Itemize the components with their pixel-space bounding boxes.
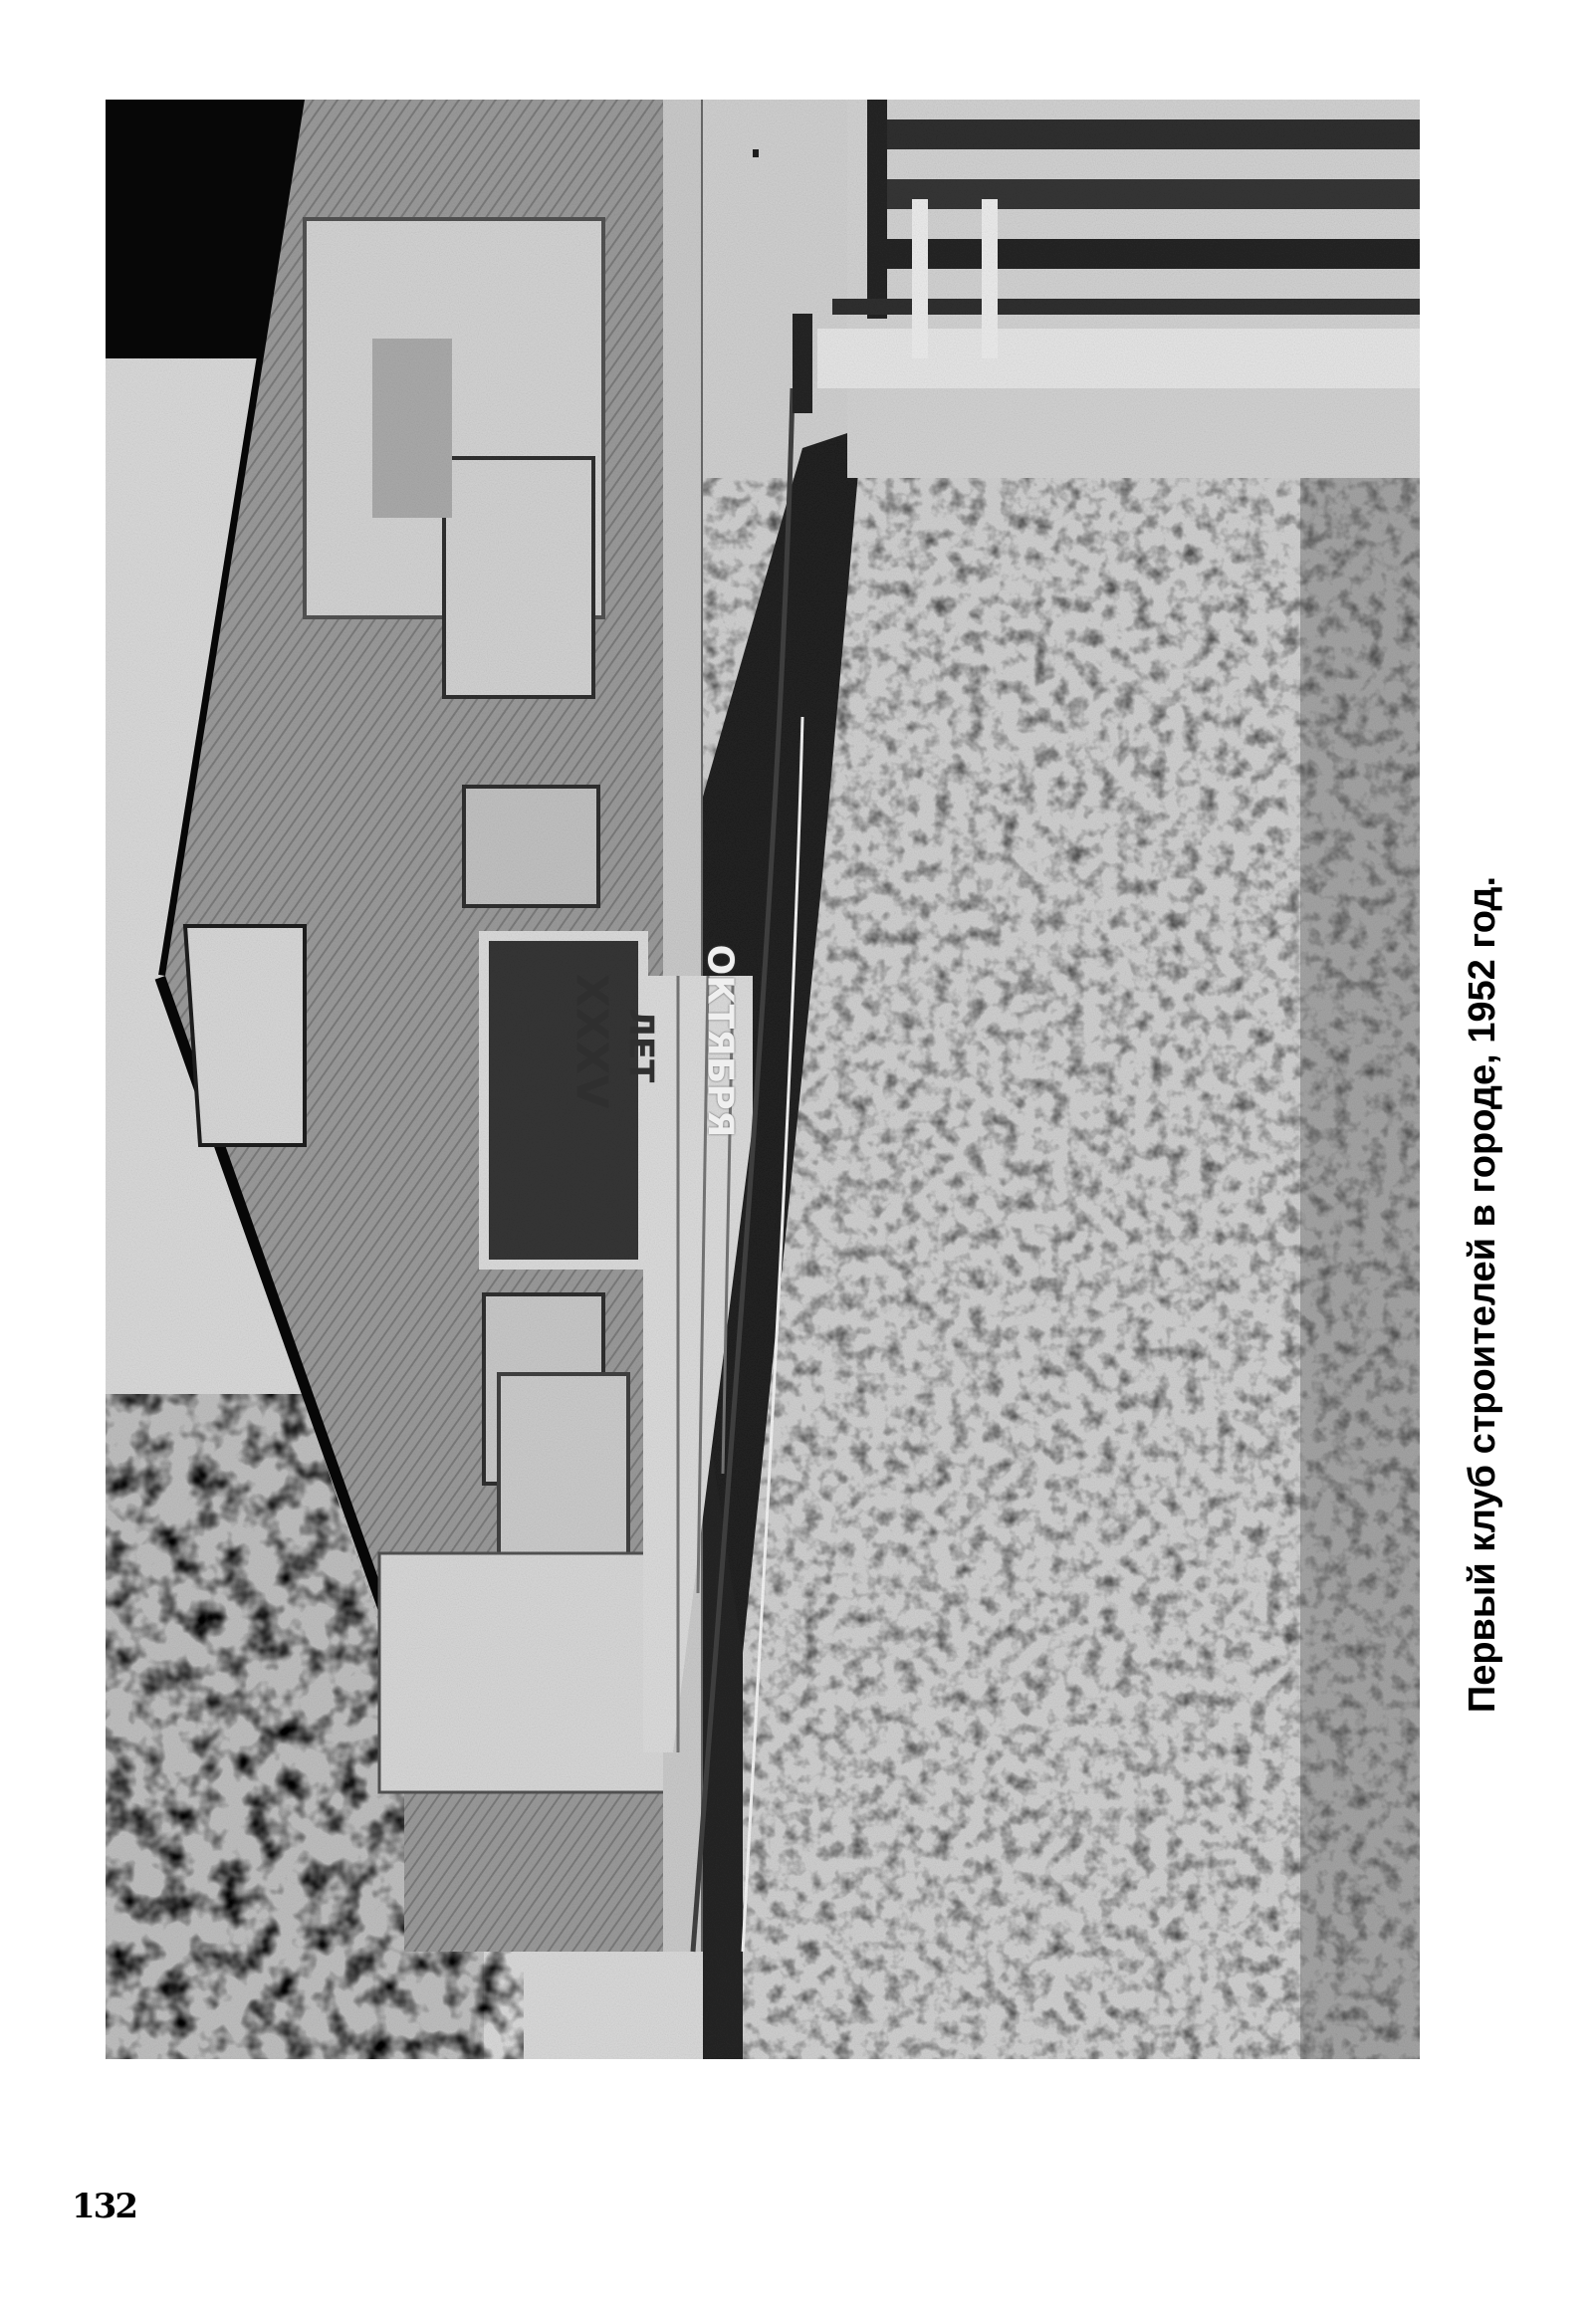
archival-photo: XXXV ЛЕТ ОКТЯБРЯ bbox=[106, 100, 1420, 2059]
book-page: XXXV ЛЕТ ОКТЯБРЯ Первый клуб строителей … bbox=[0, 0, 1593, 2324]
building-sign-line-1: XXXV bbox=[566, 974, 616, 1109]
page-number: 132 bbox=[72, 2187, 136, 2226]
building-sign-line-3: ОКТЯБРЯ bbox=[699, 945, 740, 1138]
figure-caption: Первый клуб строителей в городе, 1952 го… bbox=[1458, 797, 1507, 1792]
photo-illustration bbox=[106, 100, 1420, 2059]
building-sign-line-2: ЛЕТ bbox=[620, 1009, 660, 1083]
